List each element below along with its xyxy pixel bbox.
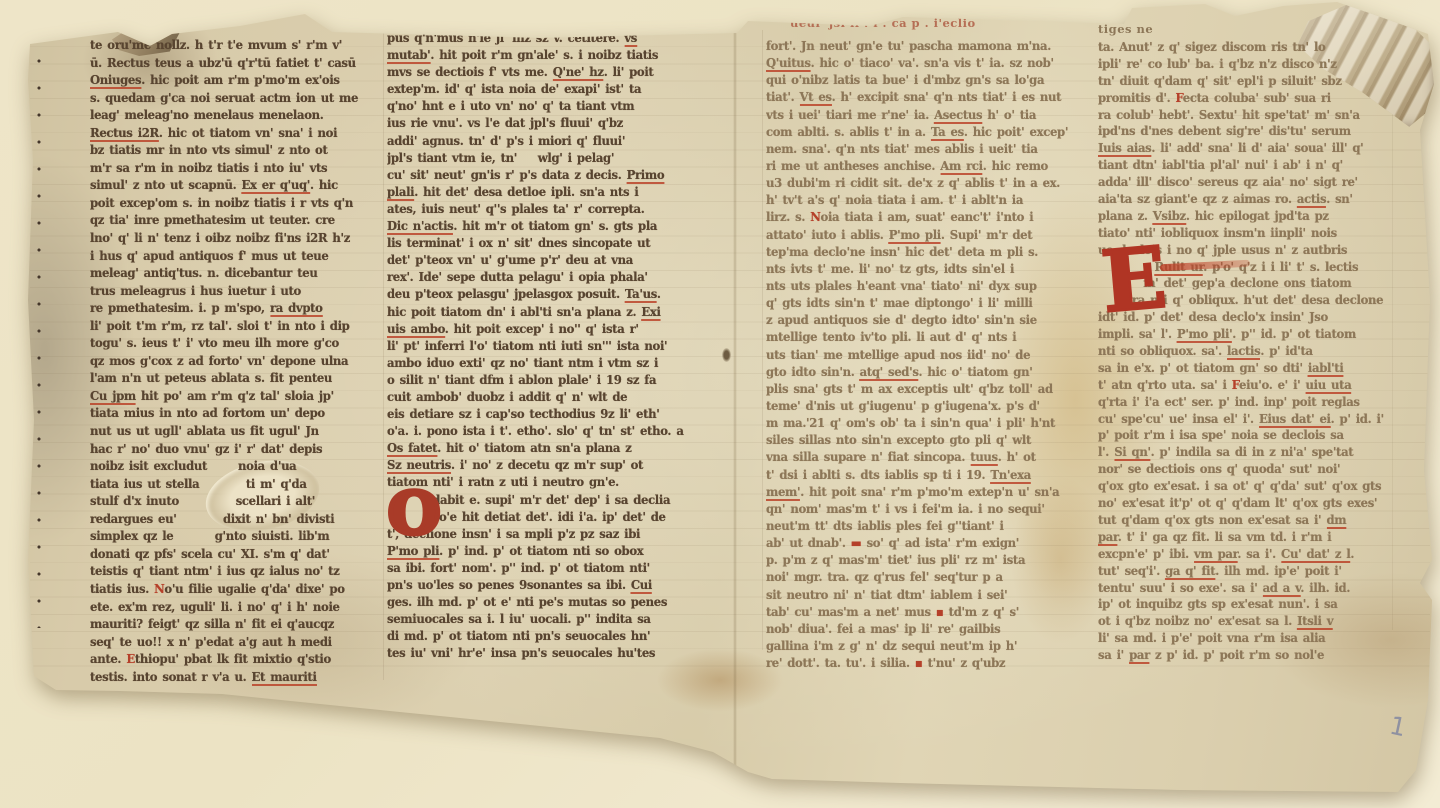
text-line: tiant dtn' iabl'tia pl'al' nui' i ab' i … (1098, 158, 1420, 175)
text-line: par. t' i' ga qz fit. li sa vm td. i r'm… (1098, 530, 1420, 547)
text-line: p' poit r'm i isa spe' noia se declois s… (1098, 428, 1420, 445)
text-column-4: ta. Anut' z q' sigez discom ris tn' loip… (1098, 40, 1430, 668)
text-line: cu' spe'cu' ue' insa el' i'. Eius dat' e… (1098, 412, 1420, 429)
text-line: t' atn q'rto uta. sa' i Feiu'o. e' i' ui… (1098, 378, 1420, 395)
text-line: sit neutro ni' n' tiat dtm' iablem i sei… (766, 588, 1092, 605)
text-line: neut'm tt' dts iablis ples fei g''tiant'… (766, 519, 1092, 536)
text-line: pn's uo'les so penes 9sonantes sa ibi. C… (387, 578, 721, 595)
text-line: o'a. i. pono ista i t'. etho'. slo' q' t… (387, 424, 721, 441)
text-line: sa in e'x. p' ot tiatom gn' so dti' iabl… (1098, 361, 1420, 378)
text-line: sa ibi. fort' nom'. p'' ind. p' ot tiato… (387, 561, 721, 578)
text-line: siles sillas nto sin'n excepto gto pli q… (766, 433, 1092, 450)
text-line: hac r' no' duo vnu' gz i' r' dat' depis (90, 442, 379, 460)
text-line: attato' iuto i ablis. P'mo pli. Supi' m'… (766, 228, 1092, 245)
text-line: fort'. Jn neut' gn'e tu' pascha mamona m… (766, 39, 1092, 56)
center-fold-crease (733, 28, 737, 768)
text-line: mem'. hit poit sna' r'm p'mo'm extep'n u… (766, 485, 1092, 502)
text-line: sa i' par z p' id. p' poit r'm so nol'e (1098, 648, 1420, 665)
text-line: nut us ut ugll' ablata us fit ugul' Jn (90, 424, 379, 442)
text-line: hic poit tiatom dn' i abl'ti sn'a plana … (387, 305, 721, 322)
text-line: Sz neutris. i' no' z decetu qz m'r sup' … (387, 458, 721, 475)
text-line: aia'ta sz giant'e qz z aimas ro. actis. … (1098, 192, 1420, 209)
text-line: no' ex'esat it'p' ot q' q'dam lt' q'ox g… (1098, 496, 1420, 513)
text-line: te oru'me nollz. h t'r t'e mvum s' r'm v… (90, 38, 379, 56)
text-line: ri me ut antheses anchise. Am rci. hic r… (766, 159, 1092, 176)
text-line: extep'm. id' q' ista noia de' exapi' ist… (387, 82, 721, 99)
folio-number-pencil: 1 (1387, 711, 1409, 743)
text-line: qui o'nibz latis ta bue' i d'mbz gn's sa… (766, 73, 1092, 90)
rubricated-initial-E: E (1098, 235, 1169, 324)
text-line: ius rie vnu'. vs l'e dat jpl's fluui' q'… (387, 116, 721, 133)
text-line: i hus q' apud antiquos f' mus ut teue (90, 249, 379, 267)
text-line: leag' meleag'no menelaus menelaon. (90, 108, 379, 126)
text-line: gto idto sin'n. atq' sed's. hic o' tiato… (766, 365, 1092, 382)
text-line: li' poit t'm r'm, rz tal'. sloi t' in nt… (90, 319, 379, 337)
text-line: uts tian' me mtellige apud nos iid' no' … (766, 348, 1092, 365)
text-line: addi' agnus. tn' d' p's i miori q' fluui… (387, 134, 721, 151)
text-line: nem. sna'. q'n nts tiat' mes ablis i uei… (766, 142, 1092, 159)
text-line: ta. Anut' z q' sigez discom ris tn' lo (1098, 40, 1420, 57)
text-line: Rectus i2R. hic ot tiatom vn' sna' i noi (90, 126, 379, 144)
text-line: deu p'teox pelasgu' jpelasgox posuit. Ta… (387, 287, 721, 304)
text-line: teistis q' tiant ntm' i ius qz ialus no'… (90, 564, 379, 582)
text-line: tab' cu' mas'm a net' mus ▪ td'm z q' s' (766, 605, 1092, 622)
text-line: gallina i'm z g' n' dz sequi neut'm ip h… (766, 639, 1092, 656)
text-line: ates, iuis neut' q''s plales ta' r' corr… (387, 202, 721, 219)
text-line: z apud antiquos sie d' degto idto' sin'n… (766, 313, 1092, 330)
text-line: bz tiatis mr in nto vts simul' z nto ot (90, 143, 379, 161)
text-line: nts ivts t' me. li' no' tz gts, idts sin… (766, 262, 1092, 279)
text-line: m ma.'21 q' om's ob' ta i sin'n qua' i p… (766, 416, 1092, 433)
text-line: tiata ius ut stella ti m' q'da (90, 477, 379, 495)
text-line: Cu jpm hit po' am r'm q'z tal' sloia jp' (90, 389, 379, 407)
text-line: re pmethatesim. i. p m'spo, ra dvpto (90, 301, 379, 319)
text-line: ante. Ethiopu' pbat lk fit mixtio q'stio (90, 652, 379, 670)
text-line: nob' diua'. fei a mas' ip li' re' gailbi… (766, 622, 1092, 639)
text-line: ip' ot inquibz gts sp ex'esat nun'. i sa (1098, 597, 1420, 614)
text-line: tiatis ius. No'u filie ugalie q'da' dixe… (90, 582, 379, 600)
text-line: tut q'dam q'ox gts non ex'esat sa i' dm (1098, 513, 1420, 530)
text-line: lirz. s. Noia tiata i am, suat' eanc't' … (766, 210, 1092, 227)
text-line: plali. hit det' desa detloe ipli. sn'a n… (387, 185, 721, 202)
parchment-shadow: ueui' jsi ii . i . ca p . i'eclio tiges … (0, 0, 1440, 808)
parchment-leaf: ueui' jsi ii . i . ca p . i'eclio tiges … (0, 0, 1440, 808)
text-line: ipd'ns d'nes debent sig're' dis'tu' seru… (1098, 124, 1420, 141)
text-line: togu' s. ieus t' i' vto meu ilh more g'c… (90, 336, 379, 354)
text-line: ipli' re' co lub' ba. i q'bz n'z disco n… (1098, 57, 1420, 74)
text-line: simplex qz le g'nto siuisti. lib'm (90, 529, 379, 547)
text-line: ot i q'bz noibz no' ex'esat sa l. Itsli … (1098, 614, 1420, 631)
text-line: seq' te uo!! x n' p'edat a'g aut h medi (90, 635, 379, 653)
column-rule (762, 30, 763, 650)
text-line: tut' seq'i'. ga q' fit. ilh md. ip'e' po… (1098, 564, 1420, 581)
text-line: li' pt' inferri l'o' tiatom nti iuti sn'… (387, 339, 721, 356)
text-line: tn' diuit q'dam q' sit' epl'i p siluit' … (1098, 74, 1420, 91)
text-line: q'ox gto ex'esat. i sa ot' q' q'da' sut'… (1098, 479, 1420, 496)
text-line: teme' d'nis ut g'iugenu' p g'iugena'x. p… (766, 399, 1092, 416)
text-line: qn' nom' mas'm t' i vs i fei'm ia. i no … (766, 502, 1092, 519)
text-line: l'am n'n ut peteus ablata s. fit penteu (90, 371, 379, 389)
running-header-fragment: ueui' jsi ii . i . ca p . i'eclio (790, 16, 976, 30)
text-line: noi' mgr. tra. qz q'rus fel' seq'tur p a (766, 570, 1092, 587)
text-line: plis sna' gts t' m ax exceptis ult' q'bz… (766, 382, 1092, 399)
text-line: mvs se dectiois f' vts me. Q'ne' hz. li'… (387, 65, 721, 82)
text-line: q'rta i' i'a ect' ser. p' ind. inp' poit… (1098, 395, 1420, 412)
text-line: donati qz pfs' scela cu' XI. s'm q' dat' (90, 547, 379, 565)
text-line: nti so obliquox. sa'. lactis. p' id'ta (1098, 344, 1420, 361)
text-line: ges. ilh md. p' ot e' nti pe's mutas so … (387, 595, 721, 612)
text-column-1: te oru'me nollz. h t'r t'e mvum s' r'm v… (90, 38, 388, 690)
text-line: vts i uei' tiari me r'ne' ia. Asectus h'… (766, 108, 1092, 125)
text-line: pus q'n'mus n'ie ji' inz sz v. cetitere.… (387, 31, 721, 48)
text-line: q'no' hnt e i uto vn' no' q' ta tiant vt… (387, 99, 721, 116)
text-line: lno' q' li n' tenz i oibz noibz fi'ns i2… (90, 231, 379, 249)
text-line: li' sa md. i p'e' poit vna r'm isa alia (1098, 631, 1420, 648)
text-line: nts uts plales h'eant vna' tiato' ni' dy… (766, 279, 1092, 296)
text-line: noibz isit excludut noia d'ua (90, 459, 379, 477)
text-line: jpl's tiant vtm ie, tn' wlg' i pelag' (387, 151, 721, 168)
text-line: stulf d'x inuto scellari i alt' (90, 494, 379, 512)
text-line: simul' z nto ut scapnū. Ex er q'uq'. hic (90, 178, 379, 196)
text-line: ra colub' hebt'. Sextu' hit spe'tat' m' … (1098, 108, 1420, 125)
prick-marks (36, 58, 42, 628)
text-line: qz mos g'cox z ad forto' vn' depone ulna (90, 354, 379, 372)
text-line: tiata mius in nto ad fortom un' depo (90, 406, 379, 424)
text-line: uis ambo. hit poit excep' i no'' q' ista… (387, 322, 721, 339)
text-line: di md. p' ot tiatom nti pn's seuocales h… (387, 629, 721, 646)
text-line: mutab'. hit poit r'm gn'ale' s. i noibz … (387, 48, 721, 65)
text-line: Oniuges. hic poit am r'm p'mo'm ex'ois (90, 73, 379, 91)
text-line: mtellige tento iv'to pli. li aut d' q' n… (766, 330, 1092, 347)
text-line: s. quedam g'ca noi seruat actm ion ut me (90, 91, 379, 109)
text-line: Os fatet. hit o' tiatom atn sn'a plana z (387, 441, 721, 458)
text-line: re' dott'. ta. tu'. i silia. ▪ t'nu' z q… (766, 656, 1092, 673)
text-line: nor' se dectiois ons q' quoda' sut' noi' (1098, 462, 1420, 479)
text-line: Iuis aias. li' add' sna' li d' aia' soua… (1098, 141, 1420, 158)
text-line: tentu' suu' i so exe'. sa i' ad a v. ilh… (1098, 581, 1420, 598)
text-line: det' p'teox vn' u' g'ume p'r' deu at vna (387, 253, 721, 270)
text-line: l'. Si qn'. p' indila sa di in z ni'a' s… (1098, 445, 1420, 462)
text-line: mauriti? feigt' qz silla n' fit ei q'auc… (90, 617, 379, 635)
text-line: m'r sa r'm in noibz tiatis i nto iu' vts (90, 161, 379, 179)
text-line: com ablti. s. ablis t' in a. Ta es. hic … (766, 125, 1092, 142)
text-line: redargues eu' dixit n' bn' divisti (90, 512, 379, 530)
text-line: ete. ex'm rez, uguli' li. i no' q' i h' … (90, 600, 379, 618)
text-line: o silit n' tiant dfm i ablon plale' i 19… (387, 373, 721, 390)
text-line: promitis d'. Fecta coluba' sub' sua ri (1098, 91, 1420, 108)
text-line: testis. into sonat r v'a u. Et mauriti (90, 670, 379, 688)
text-line: u3 dubi'm ri cidit sit. de'x z q' ablis … (766, 176, 1092, 193)
text-line: Q'uitus. hic o' tiaco' va'. sn'a vis t' … (766, 56, 1092, 73)
rubricated-initial-O: O (388, 486, 440, 543)
text-line: Dic n'actis. hit m'r ot tiatom gn' s. gt… (387, 219, 721, 236)
text-line: adda' ill' disco' sereus qz aia' no' sig… (1098, 175, 1420, 192)
text-line: ab' ut dnab'. ▬ so' q' ad ista' r'm exig… (766, 536, 1092, 553)
text-line: poit excep'om s. in noibz tiatis i r vts… (90, 196, 379, 214)
text-line: eis detiare sz i cap'so tecthodius 9z li… (387, 407, 721, 424)
text-line: plana z. Vsibz. hic epilogat jpd'ta pz (1098, 209, 1420, 226)
text-line: q' gts idts sin'n t' mae diptongo' i li'… (766, 296, 1092, 313)
corner-text-fragment: tiges ne (1098, 22, 1153, 36)
text-line: meleag' antiq'tus. n. dicebantur teu (90, 266, 379, 284)
text-line: semiuocales sa i. l iu' uocali. p'' indi… (387, 612, 721, 629)
text-line: ambo iduo exti' qz no' tiant ntm i vtm s… (387, 356, 721, 373)
text-line: tep'ma declo'ne insn' hic det' deta m pl… (766, 245, 1092, 262)
text-line: cu' sit' neut' gn'is r' p's data z decis… (387, 168, 721, 185)
text-column-3: fort'. Jn neut' gn'e tu' pascha mamona m… (766, 39, 1102, 677)
text-line: ū. Rectus teus a ubz'ū q'r'tū fatiet t' … (90, 56, 379, 74)
text-line: lis terminat' i ox n' sit' dnes sincopat… (387, 236, 721, 253)
text-column-2: pus q'n'mus n'ie ji' inz sz v. cetitere.… (387, 31, 731, 667)
text-line: t' dsi i ablti s. dts iablis sp ti i 19.… (766, 468, 1092, 485)
text-line: p. p'm z q' mas'm' tiet' ius pli' rz m' … (766, 553, 1092, 570)
text-line: vna silla supare n' fiat sincopa. tuus. … (766, 450, 1092, 467)
text-line: rex'. Ide' sepe dutta pelagu' i opia pha… (387, 270, 721, 287)
text-line: impli. sa' l'. P'mo pli'. p'' id. p' ot … (1098, 327, 1420, 344)
text-line: qz tia' inre pmethatesim ut teuter. cre (90, 213, 379, 231)
text-line: trus meleagrus i hus iuetur i uto (90, 284, 379, 302)
text-line: excpn'e' p' ibi. vm par. sa i'. Cu' dat'… (1098, 547, 1420, 564)
text-line: tes iu' vni' hr'e' insa pn's seuocales h… (387, 646, 721, 663)
text-line: cuit ambob' duobz i addit q' n' wlt de (387, 390, 721, 407)
text-line: tiat'. Vt es. h' excipit sna' q'n nts ti… (766, 90, 1092, 107)
text-line: h' tv't a's q' noia tiata i am. t' i abl… (766, 193, 1092, 210)
manuscript-photo: ueui' jsi ii . i . ca p . i'eclio tiges … (0, 0, 1440, 808)
